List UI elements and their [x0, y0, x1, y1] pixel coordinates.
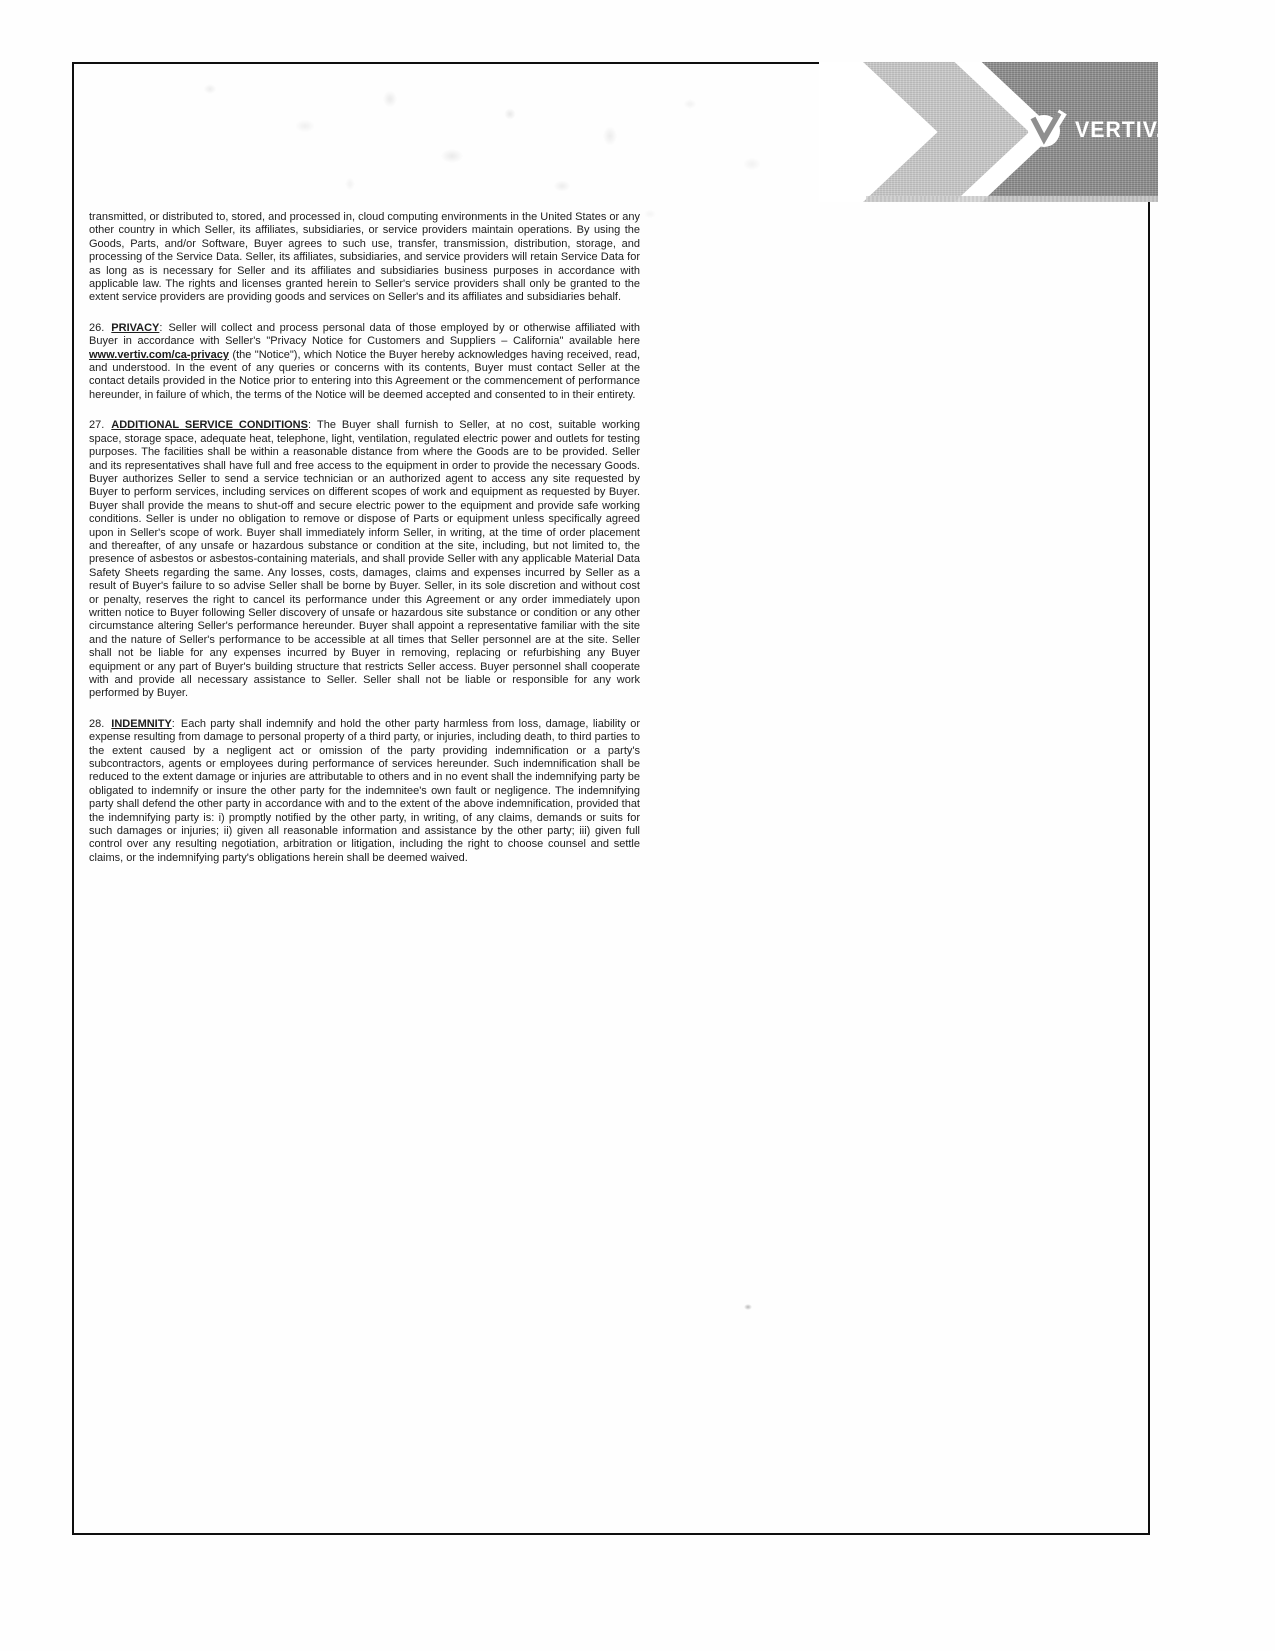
vertiv-logo: VERTIV. — [1027, 109, 1158, 151]
section-colon: : — [159, 322, 162, 334]
section-number: 27. — [89, 419, 104, 431]
paragraph-text: The Buyer shall furnish to Seller, at no… — [89, 419, 640, 699]
paragraph-continuation: transmitted, or distributed to, stored, … — [89, 211, 640, 305]
section-heading: ADDITIONAL SERVICE CONDITIONS — [111, 419, 308, 431]
section-number: 26. — [89, 322, 104, 334]
section-number: 28. — [89, 718, 104, 730]
scan-speck — [744, 1304, 752, 1310]
paragraph-text: Each party shall indemnify and hold the … — [89, 718, 640, 864]
paragraph-text: Seller will collect and process personal… — [89, 322, 640, 347]
section-colon: : — [308, 419, 311, 431]
terms-text-column: transmitted, or distributed to, stored, … — [89, 211, 640, 865]
privacy-policy-link: www.vertiv.com/ca-privacy — [89, 349, 229, 361]
scanned-terms-page: { "header": { "brand": "VERTIV.", "logo_… — [0, 0, 1275, 1651]
header-banner: VERTIV. — [819, 62, 1158, 202]
banner-bottom-edge — [866, 196, 1158, 202]
section-27-additional-service-conditions: 27.ADDITIONAL SERVICE CONDITIONS:The Buy… — [89, 419, 640, 701]
section-colon: : — [172, 718, 175, 730]
section-28-indemnity: 28.INDEMNITY:Each party shall indemnify … — [89, 718, 640, 865]
paragraph-text: transmitted, or distributed to, stored, … — [89, 211, 640, 303]
vertiv-circle-v-icon — [1027, 109, 1067, 151]
brand-wordmark: VERTIV. — [1075, 119, 1158, 141]
section-26-privacy: 26.PRIVACY:Seller will collect and proce… — [89, 322, 640, 402]
section-heading: PRIVACY — [111, 322, 159, 334]
section-heading: INDEMNITY — [111, 718, 172, 730]
